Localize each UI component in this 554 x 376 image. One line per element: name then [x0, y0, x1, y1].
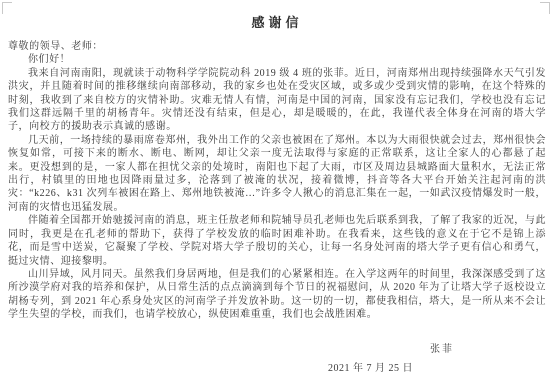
letter-signature-name: 张菲	[430, 340, 454, 355]
letter-paragraph-4: 山川异域，风月同天。虽然我们身居两地，但是我们的心紧紧相连。在入学这两年的时间里…	[8, 268, 546, 322]
letter-body: 感谢信 尊敬的领导、老师： 你们好！ 我来自河南南阳，现就读于动物科学学院院动科…	[8, 8, 546, 322]
letter-greeting: 你们好！	[8, 53, 546, 66]
letter-title: 感谢信	[8, 12, 546, 31]
document-page[interactable]: 感谢信 尊敬的领导、老师： 你们好！ 我来自河南南阳，现就读于动物科学学院院动科…	[0, 0, 554, 376]
letter-paragraph-1: 我来自河南南阳，现就读于动物科学学院院动科 2019 级 4 班的张菲。近日，河…	[8, 67, 546, 134]
letter-paragraph-3: 伴随着全国都开始驰援河南的消息，班主任敖老师和院辅导员孔老师也先后联系到我，了解…	[8, 214, 546, 268]
letter-salutation: 尊敬的领导、老师：	[8, 40, 546, 53]
letter-signature-date: 2021 年 7 月 25 日	[328, 359, 413, 374]
letter-paragraph-2: 几天前，一场持续的暴雨席卷郑州，我外出工作的父亲也被困在了郑州。本以为大雨很快就…	[8, 134, 546, 214]
